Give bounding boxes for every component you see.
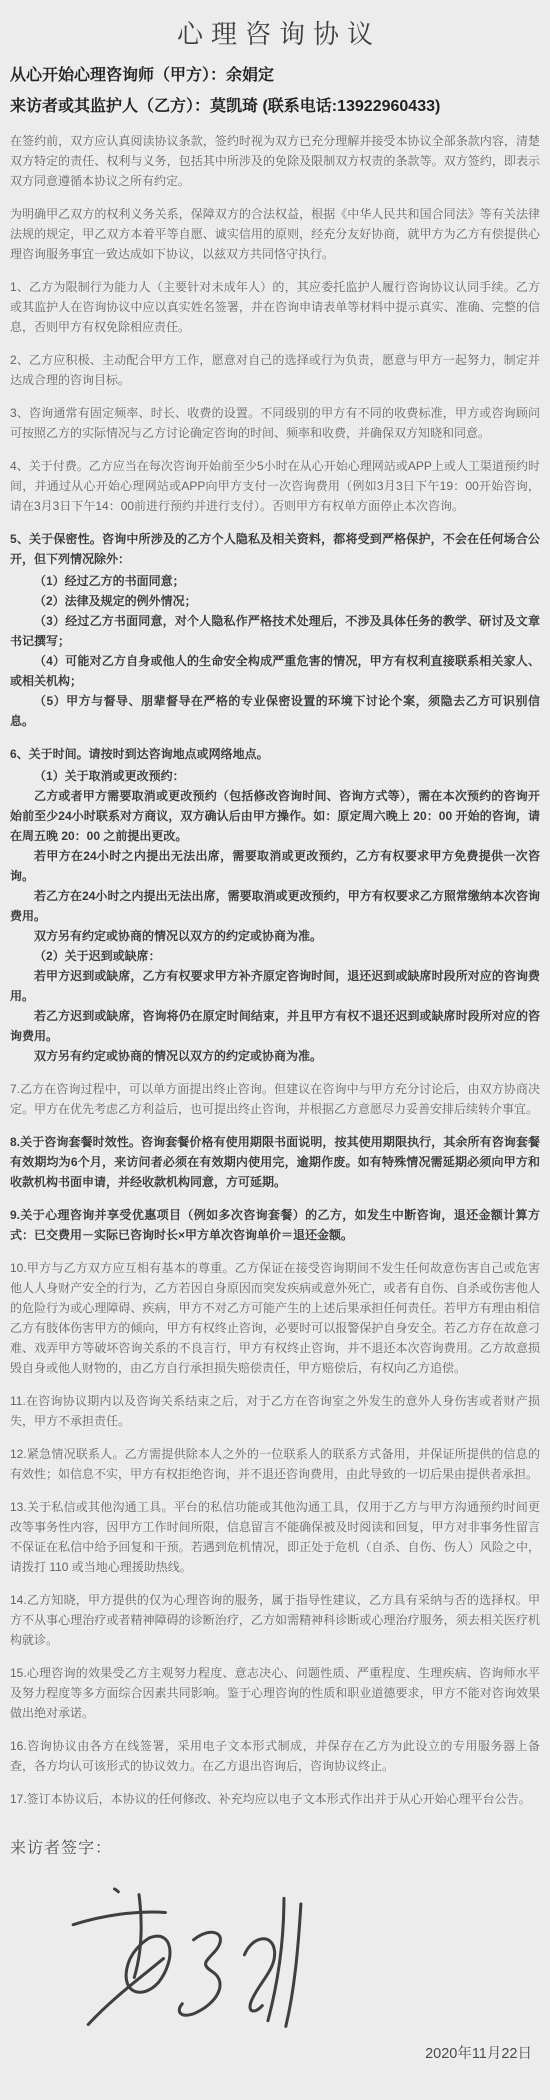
- clause-6-sub1-title: （1）关于取消或更改预约：: [10, 766, 540, 786]
- clause-12: 12.紧急情况联系人。乙方需提供除本人之外的一位联系人的联系方式备用，并保证所提…: [10, 1444, 540, 1484]
- clause-13: 13.关于私信或其他沟通工具。平台的私信功能或其他沟通工具，仅用于乙方与甲方沟通…: [10, 1497, 540, 1577]
- clause-6-sub2-para-2: 若乙方迟到或缺席，咨询将仍在原定时间结束，并且甲方有权不退还迟到或缺席时段所对应…: [10, 1006, 540, 1046]
- clause-6-sub2-title: （2）关于迟到或缺席：: [10, 946, 540, 966]
- agreement-document: 心理咨询协议 从心开始心理咨询师（甲方）：余娟定 来访者或其监护人（乙方）：莫凯…: [0, 0, 550, 2100]
- clause-4: 4、关于付费。乙方应当在每次咨询开始前至少5小时在从心开始心理网站或APP上或人…: [10, 456, 540, 516]
- clause-5-heading: 5、关于保密性。咨询中所涉及的乙方个人隐私及相关资料，都将受到严格保护，不会在任…: [10, 529, 540, 569]
- intro-paragraph-1: 在签约前，双方应认真阅读协议条款，签约时视为双方已充分理解并接受本协议全部条款内…: [10, 131, 540, 191]
- clause-6-sub2-para-3: 双方另有约定或协商的情况以双方的约定或协商为准。: [10, 1046, 540, 1066]
- clause-7: 7.乙方在咨询过程中，可以单方面提出终止咨询。但建议在咨询中与甲方充分讨论后，由…: [10, 1079, 540, 1119]
- page-title: 心理咨询协议: [10, 14, 540, 51]
- clause-5-item-4: （4）可能对乙方自身或他人的生命安全构成严重危害的情况，甲方有权利直接联系相关家…: [10, 651, 540, 691]
- clause-6-sub1-para-1: 乙方或者甲方需要取消或更改预约（包括修改咨询时间、咨询方式等），需在本次预约的咨…: [10, 786, 540, 846]
- clause-8: 8.关于咨询套餐时效性。咨询套餐价格有使用期限书面说明，按其使用期限执行，其余所…: [10, 1132, 540, 1192]
- clause-6-sub2-para-1: 若甲方迟到或缺席，乙方有权要求甲方补齐原定咨询时间，退还迟到或缺席时段所对应的咨…: [10, 966, 540, 1006]
- clause-6-sub1-para-4: 双方另有约定或协商的情况以双方的约定或协商为准。: [10, 926, 540, 946]
- signature-date: 2020年11月22日: [10, 2042, 540, 2063]
- clause-6-heading: 6、关于时间。请按时到达咨询地点或网络地点。: [10, 744, 540, 764]
- clause-2: 2、乙方应积极、主动配合甲方工作，愿意对自己的选择或行为负责，愿意与甲方一起努力…: [10, 350, 540, 390]
- clause-3: 3、咨询通常有固定频率、时长、收费的设置。不同级别的甲方有不同的收费标准，甲方或…: [10, 403, 540, 443]
- clause-1: 1、乙方为限制行为能力人（主要针对未成年人）的，其应委托监护人履行咨询协议认同手…: [10, 277, 540, 337]
- handwritten-signature: [52, 1872, 322, 2032]
- clause-5-item-5: （5）甲方与督导、朋辈督导在严格的专业保密设置的环境下讨论个案，须隐去乙方可识别…: [10, 691, 540, 731]
- clause-9: 9.关于心理咨询并享受优惠项目（例如多次咨询套餐）的乙方，如发生中断咨询，退还金…: [10, 1205, 540, 1245]
- clause-5-item-1: （1）经过乙方的书面同意；: [10, 571, 540, 591]
- signature-drawing: [52, 1872, 322, 2032]
- clause-15: 15.心理咨询的效果受乙方主观努力程度、意志决心、问题性质、严重程度、生理疾病、…: [10, 1663, 540, 1723]
- party-b-line: 来访者或其监护人（乙方）：莫凯琦 (联系电话:13922960433): [10, 96, 540, 118]
- clause-14: 14.乙方知晓，甲方提供的仅为心理咨询的服务，属于指导性建议，乙方具有采纳与否的…: [10, 1590, 540, 1650]
- party-a-line: 从心开始心理咨询师（甲方）：余娟定: [10, 65, 540, 87]
- clause-16: 16.咨询协议由各方在线签署，采用电子文本形式制成，并保存在乙方为此设立的专用服…: [10, 1736, 540, 1776]
- intro-paragraph-2: 为明确甲乙双方的权利义务关系，保障双方的合法权益，根据《中华人民共和国合同法》等…: [10, 204, 540, 264]
- clause-10: 10.甲方与乙方双方应互相有基本的尊重。乙方保证在接受咨询期间不发生任何故意伤害…: [10, 1258, 540, 1378]
- clause-5-item-3: （3）经过乙方书面同意，对个人隐私作严格技术处理后，不涉及具体任务的教学、研讨及…: [10, 611, 540, 651]
- clause-11: 11.在咨询协议期内以及咨询关系结束之后，对于乙方在咨询室之外发生的意外人身伤害…: [10, 1391, 540, 1431]
- clause-6-sub1-para-2: 若甲方在24小时之内提出无法出席，需要取消或更改预约，乙方有权要求甲方免费提供一…: [10, 846, 540, 886]
- visitor-signature-label: 来访者签字：: [10, 1835, 540, 1858]
- clause-5-item-2: （2）法律及规定的例外情况；: [10, 591, 540, 611]
- clause-17: 17.签订本协议后，本协议的任何修改、补充均应以电子文本形式作出并于从心开始心理…: [10, 1789, 540, 1809]
- clause-6-sub1-para-3: 若乙方在24小时之内提出无法出席，需要取消或更改预约，甲方有权要求乙方照常缴纳本…: [10, 886, 540, 926]
